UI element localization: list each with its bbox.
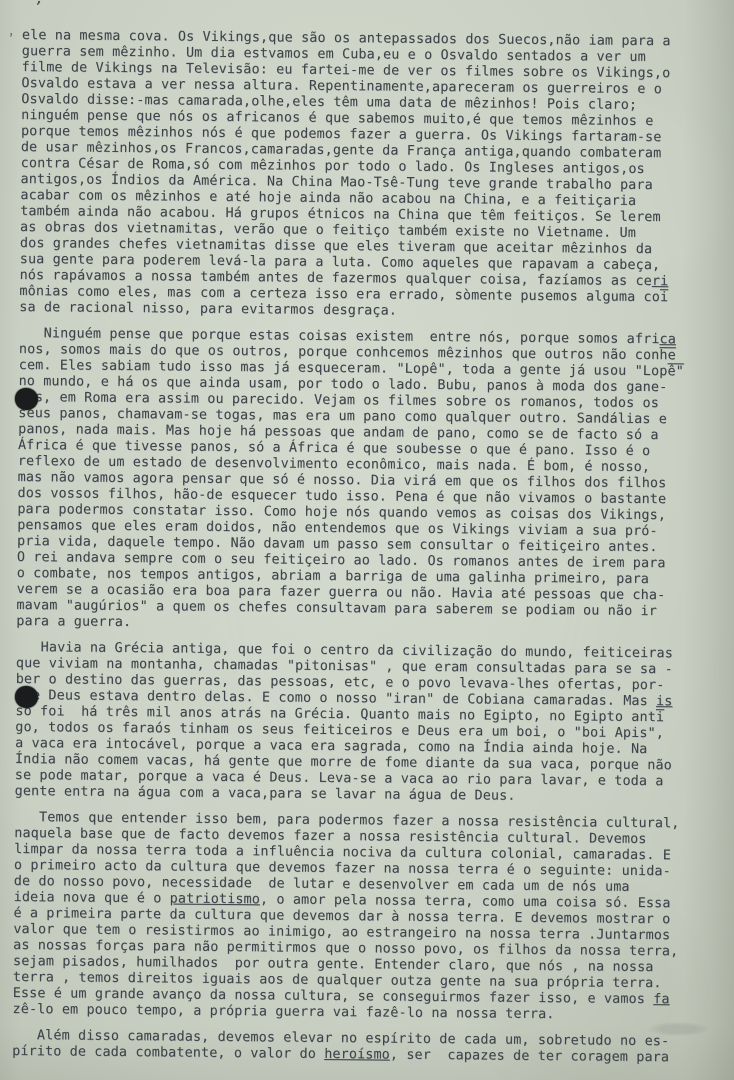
typewritten-text: ele na mesma cova. Os Vikings,que são os… <box>12 28 712 1067</box>
paragraph: Além disso camaradas, devemos elevar no … <box>12 1028 702 1067</box>
scanned-document-screenshot: { "page": { "paper_color": "#cdd3c6", "i… <box>0 0 734 1080</box>
underlined-word: ri <box>652 274 669 289</box>
underlined-word: fa <box>653 992 670 1007</box>
underlined-word: ca <box>659 332 676 347</box>
paragraph: ele na mesma cova. Os Vikings,que são os… <box>19 28 712 323</box>
text-segment: pírito de cada combatente, o valor do <box>12 1044 324 1062</box>
paragraph: Temos que entender isso bem, para poderm… <box>12 810 704 1025</box>
paragraph: Ninguém pense que porque estas coisas ex… <box>16 326 709 637</box>
underlined-word: ê" <box>667 364 684 379</box>
text-segment: , ser capazes de ter coragem para <box>390 1048 669 1066</box>
paragraph: Havia na Grécia antiga, que foi o centro… <box>15 640 707 807</box>
underlined-word: i <box>656 710 664 725</box>
punch-hole-mark <box>15 686 38 708</box>
underlined-word: heroísmo <box>324 1047 390 1063</box>
pen-mark-top: ’ <box>31 0 44 17</box>
underlined-word: he <box>659 348 676 363</box>
punch-hole-mark <box>15 388 38 410</box>
underlined-word: patriotismo <box>170 891 260 907</box>
paper-smudge <box>648 1022 708 1036</box>
text-segment: ideia nova que é o <box>14 890 170 906</box>
paper-sheet: ’ ‚ ele na mesma cova. Os Vikings,que sã… <box>0 0 734 1080</box>
underlined-word: i <box>660 290 668 305</box>
underlined-word: is <box>656 694 673 709</box>
pen-mark-left-margin: ‚ <box>6 24 16 40</box>
